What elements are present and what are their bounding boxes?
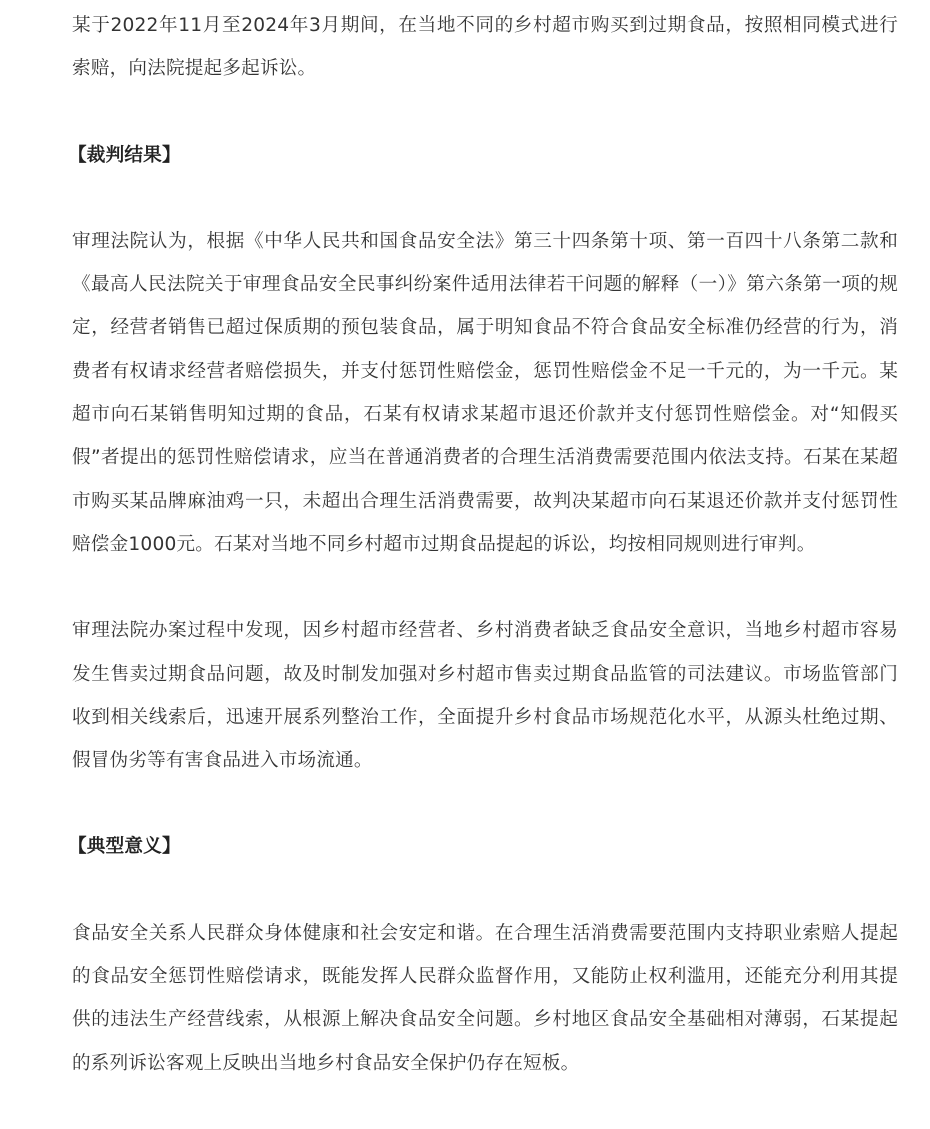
section-heading-result: 【裁判结果】 bbox=[68, 134, 898, 177]
article-body: 某于2022年11月至2024年3月期间，在当地不同的乡村超市购买到过期食品，按… bbox=[0, 0, 930, 1085]
section-heading-significance: 【典型意义】 bbox=[68, 825, 898, 868]
significance-paragraph-1: 食品安全关系人民群众身体健康和社会安定和谐。在合理生活消费需要范围内支持职业索赔… bbox=[72, 912, 898, 1085]
intro-paragraph: 某于2022年11月至2024年3月期间，在当地不同的乡村超市购买到过期食品，按… bbox=[72, 0, 898, 91]
result-paragraph-2: 审理法院办案过程中发现，因乡村超市经营者、乡村消费者缺乏食品安全意识，当地乡村超… bbox=[72, 609, 898, 782]
result-paragraph-1: 审理法院认为，根据《中华人民共和国食品安全法》第三十四条第十项、第一百四十八条第… bbox=[72, 220, 898, 566]
